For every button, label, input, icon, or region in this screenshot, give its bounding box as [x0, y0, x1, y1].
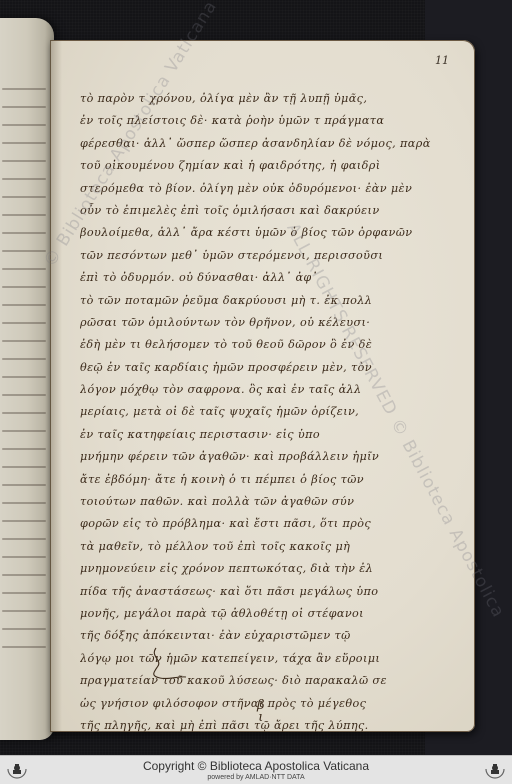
powered-by-text: powered by AMLAD·NTT DATA [0, 774, 512, 781]
text-line: στερόμεθα τὸ βίον. ὀλίγη μὲν οὐκ ὀδυρόμε… [80, 178, 440, 200]
text-line: πίδα τῆς ἀναστάσεως· καὶ ὅτι πᾶσι μεγάλω… [80, 581, 440, 603]
copyright-footer: Copyright © Biblioteca Apostolica Vatica… [0, 755, 512, 784]
text-line: ἐν ταῖς κατηφείαις περιστασιν· εἰς ὑπο [80, 424, 440, 446]
text-line: ἄτε ἐβδόμη· ἄτε ἡ κοινὴ ὁ τι πέμπει ὁ βί… [80, 469, 440, 491]
text-line: λόγῳ μοι τῶν ἡμῶν κατεπείγειν, τάχα ἂν ε… [80, 648, 440, 670]
text-line: μονῆς, μεγάλοι παρὰ τῷ ἀθλοθέτῃ οἱ στέφα… [80, 603, 440, 625]
text-line: θεῷ ἐν ταῖς καρδίαις ἡμῶν προσφέρειν μὲν… [80, 357, 440, 379]
copyright-text: Copyright © Biblioteca Apostolica Vatica… [0, 759, 512, 773]
text-line: τὸ παρὸν τ χρόνου, ὀλίγα μὲν ἂν τῇ λυπῇ … [80, 88, 440, 110]
facing-page-text [2, 88, 46, 664]
facing-page-verso [0, 18, 54, 740]
text-line: μερίαις, μετὰ οἱ δὲ ταῖς ψυχαῖς ἡμῶν ὁρί… [80, 401, 440, 423]
text-line: βουλοίμεθα, ἀλλ᾽ ἄρα κέστι ὑμῶν ὁ βίος τ… [80, 222, 440, 244]
text-line: ἐδὴ μὲν τι θελήσομεν τὸ τοῦ θεοῦ δῶρον ὃ… [80, 334, 440, 356]
text-line: ρῶσαι τῶν ὁμιλούντων τὸν θρῆνον, οὐ κέλε… [80, 312, 440, 334]
text-line: τῶν πεσόντων μεθ᾽ ὑμῶν στερόμενοι, περισ… [80, 245, 440, 267]
text-line: τῆς δόξης ἀπόκεινται· ἐὰν εὐχαριστῶμεν τ… [80, 625, 440, 647]
text-line: φορῶν εἰς τὸ πρόβλημα· καὶ ἔστι πᾶσι, ὅτ… [80, 513, 440, 535]
text-line: φέρεσθαι· ἀλλ᾽ ὥσπερ ὥσπερ ἀσανδηλίαν δὲ… [80, 133, 440, 155]
quire-signature: β ι [257, 700, 265, 724]
folio-number: 11 [435, 54, 449, 67]
manuscript-text: τὸ παρὸν τ χρόνου, ὀλίγα μὲν ἂν τῇ λυπῇ … [80, 88, 440, 737]
vatican-library-emblem-icon [483, 759, 507, 783]
text-line: μνήμην φέρειν τῶν ἀγαθῶν· καὶ προβάλλειν… [80, 446, 440, 468]
text-line: τὸ τῶν ποταμῶν ῥεῦμα δακρύουσι μὴ τ. ἐκ … [80, 290, 440, 312]
text-line: λόγον μόχθῳ τὸν σαφρονα. ὃς καὶ ἐν ταῖς … [80, 379, 440, 401]
text-line: ἐν τοῖς πλείστοις δὲ· κατὰ ῥοὴν ὑμῶν τ π… [80, 110, 440, 132]
manuscript-viewport[interactable]: 11 τὸ παρὸν τ χρόνου, ὀλίγα μὲν ἂν τῇ λυ… [0, 0, 512, 755]
text-line: μνημονεύειν εἰς χρόνον πεπτωκότας, διὰ τ… [80, 558, 440, 580]
text-line: οὖν τὸ ἐπιμελὲς ἐπὶ τοῖς ὁμιλήσασι καὶ δ… [80, 200, 440, 222]
text-line: τὰ μαθεῖν, τὸ μέλλον τοῦ ἐπὶ τοῖς κακοῖς… [80, 536, 440, 558]
text-line: τοῦ οἰκουμένου ζημίαν καὶ ἡ φαιδρότης, ἡ… [80, 155, 440, 177]
text-line: τοιούτων παθῶν. καὶ πολλὰ τῶν ἀγαθῶν σύν [80, 491, 440, 513]
scribal-flourish-icon [148, 646, 198, 686]
manuscript-page-recto: 11 τὸ παρὸν τ χρόνου, ὀλίγα μὲν ἂν τῇ λυ… [50, 40, 475, 732]
text-line: ἐπὶ τὸ ὀδυρμόν. οὐ δύνασθαι· ἀλλ᾽ ἀφ᾽ [80, 267, 440, 289]
text-line: πραγματείαν τοῦ κακοῦ λύσεως· διὸ παρακα… [80, 670, 440, 692]
quire-mark: ι [257, 712, 265, 724]
